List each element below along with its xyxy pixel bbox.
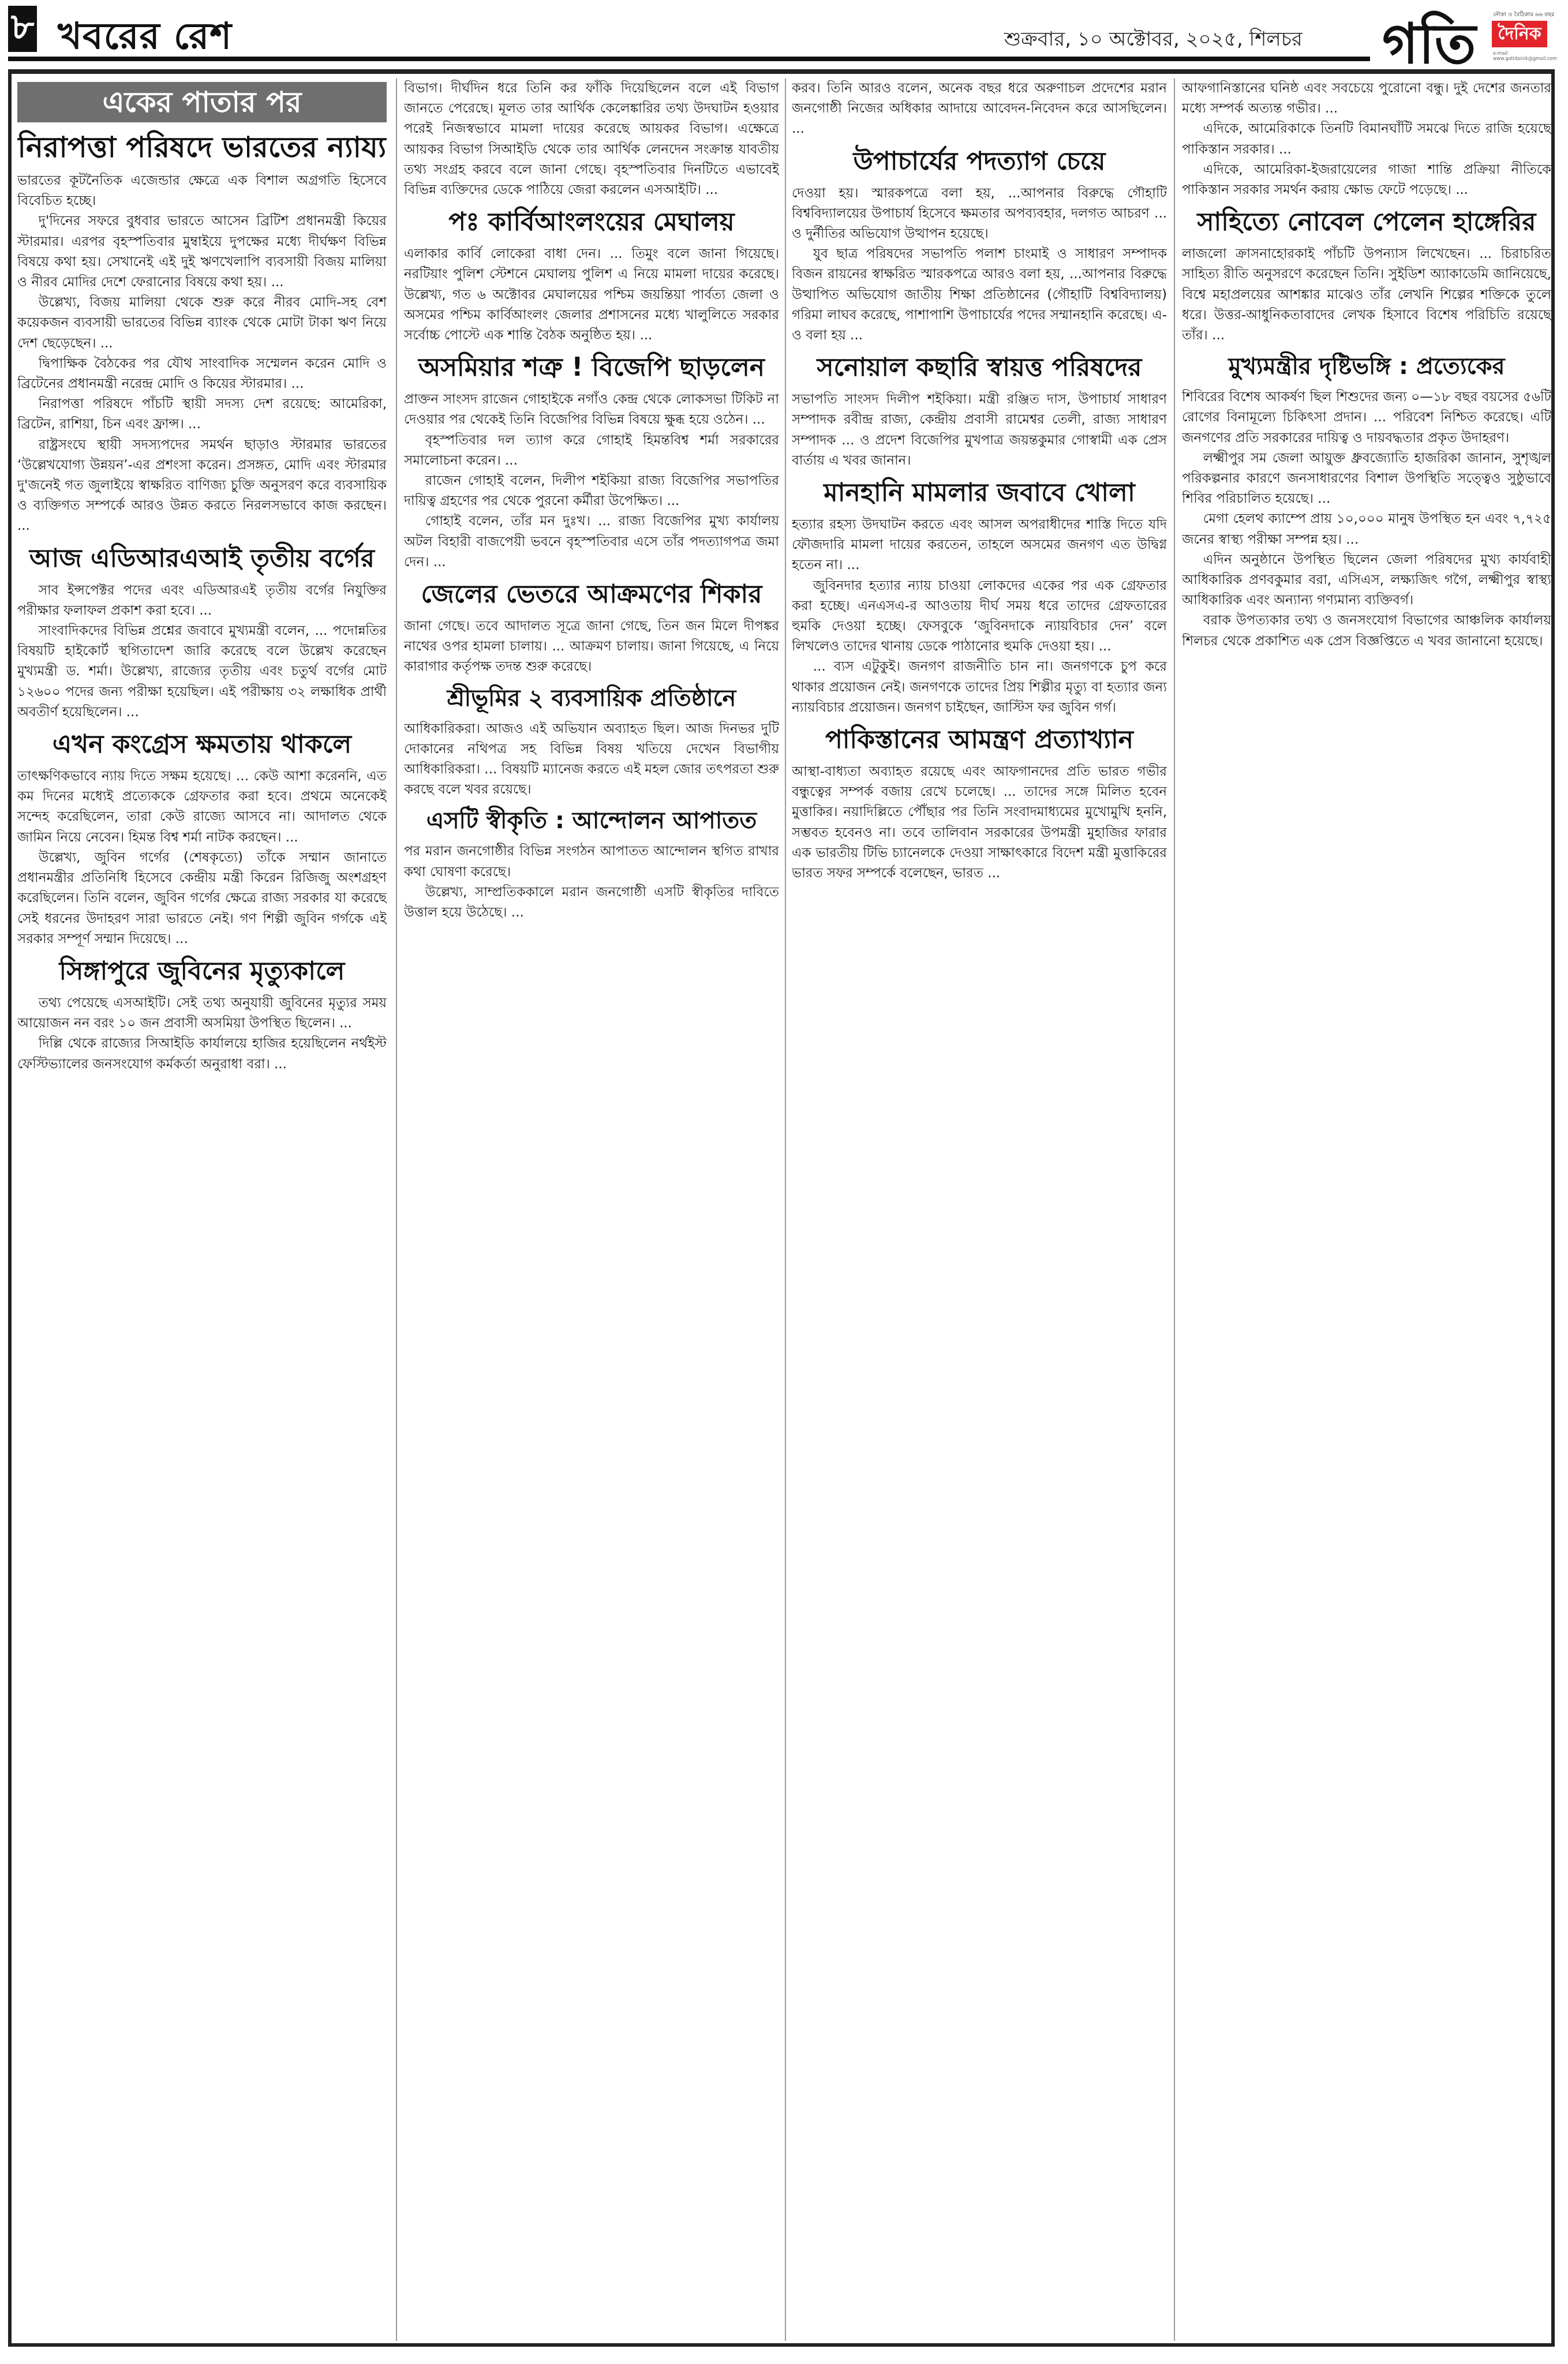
page-number: ৮ [8, 6, 37, 52]
article-paragraph: আস্থা-বাধ্যতা অব্যাহত রয়েছে এবং আফগানদে… [792, 762, 1167, 884]
article-paragraph: দু'দিনের সফরে বুধবার ভারতে আসেন ব্রিটিশ … [17, 211, 387, 293]
article-paragraph: এদিকে, আমেরিকা-ইজরায়েলের গাজা শান্তি প্… [1182, 160, 1551, 200]
logo-tagline: নৌকা ও বৈঠিকার ৬৬ বছর [1493, 10, 1554, 20]
article-paragraph: জুবিনদার হত্যার ন্যায় চাওয়া লোকদের একে… [792, 576, 1167, 657]
article-paragraph: তাৎক্ষণিকভাবে ন্যায় দিতে সক্ষম হয়েছে। … [17, 766, 387, 848]
article-paragraph: ভারতের কূটনৈতিক এজেন্ডার ক্ষেত্রে এক বিশ… [17, 171, 387, 211]
article-paragraph: করব। তিনি আরও বলেন, অনেক বছর ধরে অরুণাচল… [792, 78, 1167, 140]
article: করব। তিনি আরও বলেন, অনেক বছর ধরে অরুণাচল… [792, 78, 1167, 140]
article: অসমিয়ার শত্রু ! বিজেপি ছাড়লেন প্রাক্তন… [404, 350, 779, 573]
article-headline: পঃ কার্বিআংলংয়ের মেঘালয় [404, 205, 779, 240]
article-headline: জেলের ভেতরে আক্রমণের শিকার [404, 577, 779, 612]
article-headline: সিঙ্গাপুরে জুবিনের মৃত্যুকালে [17, 954, 387, 989]
article: শ্রীভূমির ২ ব্যবসায়িক প্রতিষ্ঠানে আধিকা… [404, 682, 779, 801]
article-paragraph: যুব ছাত্র পরিষদের সভাপতি পলাশ চাংমাই ও স… [792, 244, 1167, 346]
column-divider [1174, 78, 1175, 2341]
article-headline: এখন কংগ্রেস ক্ষমতায় থাকলে [17, 727, 387, 762]
logo-badge: দৈনিক [1492, 21, 1547, 47]
article-paragraph: জানা গেছে। তবে আদালত সূত্রে জানা গেছে, ত… [404, 616, 779, 678]
article: মানহানি মামলার জবাবে খোলা হত্যার রহস্য উ… [792, 476, 1167, 718]
article-headline: মানহানি মামলার জবাবে খোলা [792, 476, 1167, 510]
article: মুখ্যমন্ত্রীর দৃষ্টিভঙ্গি : প্রত্যেকের শ… [1182, 350, 1551, 652]
article-paragraph: সাব ইন্সপেক্টর পদের এবং এডিআরএই তৃতীয় ব… [17, 581, 387, 621]
article-paragraph: ... ব্যস এটুকুই। জনগণ রাজনীতি চান না। জন… [792, 657, 1167, 718]
article-paragraph: এদিন অনুষ্ঠানে উপস্থিত ছিলেন জেলা পরিষদে… [1182, 550, 1551, 611]
article: পাকিস্তানের আমন্ত্রণ প্রত্যাখ্যান আস্থা-… [792, 723, 1167, 884]
article-paragraph: লক্ষ্মীপুর সম জেলা আয়ুক্ত ধ্রুবজ্যোতি হ… [1182, 448, 1551, 510]
article-paragraph: লাজলো ক্রাসনাহোরকাই পাঁচটি উপন্যাস লিখেছ… [1182, 244, 1551, 346]
article-paragraph: আফগানিস্তানের ঘনিষ্ঠ এবং সবচেয়ে পুরোনো … [1182, 78, 1551, 119]
article-paragraph: তথ্য পেয়েছে এসআইটি। সেই তথ্য অনুযায়ী জ… [17, 993, 387, 1034]
article-paragraph: উল্লেখ্য, বিজয় মালিয়া থেকে শুরু করে নী… [17, 293, 387, 354]
article-headline: সনোয়াল কছারি স্বায়ত্ত পরিষদের [792, 350, 1167, 385]
masthead-rule [8, 57, 1370, 61]
article: জেলের ভেতরে আক্রমণের শিকার জানা গেছে। তব… [404, 577, 779, 678]
article: সিঙ্গাপুরে জুবিনের মৃত্যুকালে তথ্য পেয়ে… [17, 954, 387, 1075]
logo-subline: e-mail: www.gatidainik@gmail.com [1493, 51, 1557, 61]
article-paragraph: হত্যার রহস্য উদঘাটন করতে এবং আসল অপরাধীদ… [792, 515, 1167, 576]
article-headline: নিরাপত্তা পরিষদে ভারতের ন্যায্য [17, 128, 387, 166]
article: এসটি স্বীকৃতি : আন্দোলন আপাতত পর মরান জন… [404, 805, 779, 923]
article: নিরাপত্তা পরিষদে ভারতের ন্যায্য ভারতের ক… [17, 128, 387, 537]
column-1: একের পাতার পর নিরাপত্তা পরিষদে ভারতের ন্… [17, 78, 387, 2341]
article-headline: পাকিস্তানের আমন্ত্রণ প্রত্যাখ্যান [792, 723, 1167, 757]
article-paragraph: গোহাই বলেন, তাঁর মন দুঃখ। ... রাজ্য বিজে… [404, 511, 779, 573]
article-headline: শ্রীভূমির ২ ব্যবসায়িক প্রতিষ্ঠানে [404, 682, 779, 715]
article-headline: আজ এডিআরএআই তৃতীয় বর্গের [17, 541, 387, 576]
article-paragraph: আধিকারিকরা। আজও এই অভিযান অব্যাহত ছিল। আ… [404, 719, 779, 801]
article-paragraph: বরাক উপত্যকার তথ্য ও জনসংযোগ বিভাগের আঞ্… [1182, 611, 1551, 651]
article-paragraph: দেওয়া হয়। স্মারকপত্রে বলা হয়, ...আপনা… [792, 184, 1167, 245]
article-paragraph: উল্লেখ্য, সাম্প্রতিককালে মরান জনগোষ্ঠী এ… [404, 882, 779, 923]
article: সাহিত্যে নোবেল পেলেন হাঙ্গেরির লাজলো ক্র… [1182, 205, 1551, 346]
article-paragraph: এদিকে, আমেরিকাকে তিনটি বিমানঘাঁটি সমঝে দ… [1182, 119, 1551, 159]
article: এখন কংগ্রেস ক্ষমতায় থাকলে তাৎক্ষণিকভাবে… [17, 727, 387, 949]
article: বিভাগ। দীর্ঘদিন ধরে তিনি কর ফাঁকি দিয়েছ… [404, 78, 779, 200]
column-2: বিভাগ। দীর্ঘদিন ধরে তিনি কর ফাঁকি দিয়েছ… [404, 78, 779, 2341]
article-paragraph: নিরাপত্তা পরিষদে পাঁচটি স্থায়ী সদস্য দে… [17, 394, 387, 435]
article-headline: মুখ্যমন্ত্রীর দৃষ্টিভঙ্গি : প্রত্যেকের [1182, 350, 1551, 383]
article-paragraph: শিবিরের বিশেষ আকর্ষণ ছিল শিশুদের জন্য ০—… [1182, 387, 1551, 448]
article-paragraph: সাংবাদিকদের বিভিন্ন প্রশ্নের জবাবে মুখ্য… [17, 621, 387, 723]
article-paragraph: দ্বিপাক্ষিক বৈঠকের পর যৌথ সাংবাদিক সম্মে… [17, 354, 387, 394]
article-paragraph: রাষ্ট্রসংঘে স্থায়ী সদস্যপদের সমর্থন ছাড… [17, 435, 387, 537]
article-paragraph: পর মরান জনগোষ্ঠীর বিভিন্ন সংগঠন আপাতত আন… [404, 841, 779, 882]
column-4: আফগানিস্তানের ঘনিষ্ঠ এবং সবচেয়ে পুরোনো … [1182, 78, 1551, 2341]
article: আফগানিস্তানের ঘনিষ্ঠ এবং সবচেয়ে পুরোনো … [1182, 78, 1551, 200]
column-divider [785, 78, 786, 2341]
article-paragraph: বিভাগ। দীর্ঘদিন ধরে তিনি কর ফাঁকি দিয়েছ… [404, 78, 779, 200]
column-divider [396, 78, 397, 2341]
dateline: শুক্রবার, ১০ অক্টোবর, ২০২৫, শিলচর [1004, 24, 1303, 57]
article-headline: অসমিয়ার শত্রু ! বিজেপি ছাড়লেন [404, 350, 779, 385]
article: উপাচার্যের পদত্যাগ চেয়ে দেওয়া হয়। স্ম… [792, 144, 1167, 346]
article-headline: উপাচার্যের পদত্যাগ চেয়ে [792, 144, 1167, 179]
article-headline: সাহিত্যে নোবেল পেলেন হাঙ্গেরির [1182, 205, 1551, 240]
article-paragraph: রাজেন গোহাই বলেন, দিলীপ শইকিয়া রাজ্য বি… [404, 471, 779, 511]
article-paragraph: বৃহস্পতিবার দল ত্যাগ করে গোহাই হিমন্তবিশ… [404, 431, 779, 471]
article-headline: এসটি স্বীকৃতি : আন্দোলন আপাতত [404, 805, 779, 837]
continued-banner: একের পাতার পর [17, 82, 387, 122]
article-paragraph: উল্লেখ্য, জুবিন গর্গের (শেষকৃত্যে) তাঁকে… [17, 848, 387, 949]
column-3: করব। তিনি আরও বলেন, অনেক বছর ধরে অরুণাচল… [792, 78, 1167, 2341]
article-paragraph: মেগা হেলথ ক্যাম্পে প্রায় ১০,০০০ মানুষ উ… [1182, 509, 1551, 549]
newspaper-logo: গতি নৌকা ও বৈঠিকার ৬৬ বছর দৈনিক e-mail: … [1382, 5, 1555, 62]
article-paragraph: এলাকার কার্বি লোকেরা বাধা দেন। ... তিমুং… [404, 244, 779, 346]
article-paragraph: দিল্লি থেকে রাজ্যের সিআইডি কার্যালয়ে হা… [17, 1034, 387, 1074]
article-paragraph: সভাপতি সাংসদ দিলীপ শইকিয়া। মন্ত্রী রঞ্জ… [792, 390, 1167, 471]
article: সনোয়াল কছারি স্বায়ত্ত পরিষদের সভাপতি স… [792, 350, 1167, 471]
article: আজ এডিআরএআই তৃতীয় বর্গের সাব ইন্সপেক্টর… [17, 541, 387, 723]
article: পঃ কার্বিআংলংয়ের মেঘালয় এলাকার কার্বি … [404, 205, 779, 346]
article-paragraph: প্রাক্তন সাংসদ রাজেন গোহাইকে নগাঁও কেন্দ… [404, 390, 779, 430]
